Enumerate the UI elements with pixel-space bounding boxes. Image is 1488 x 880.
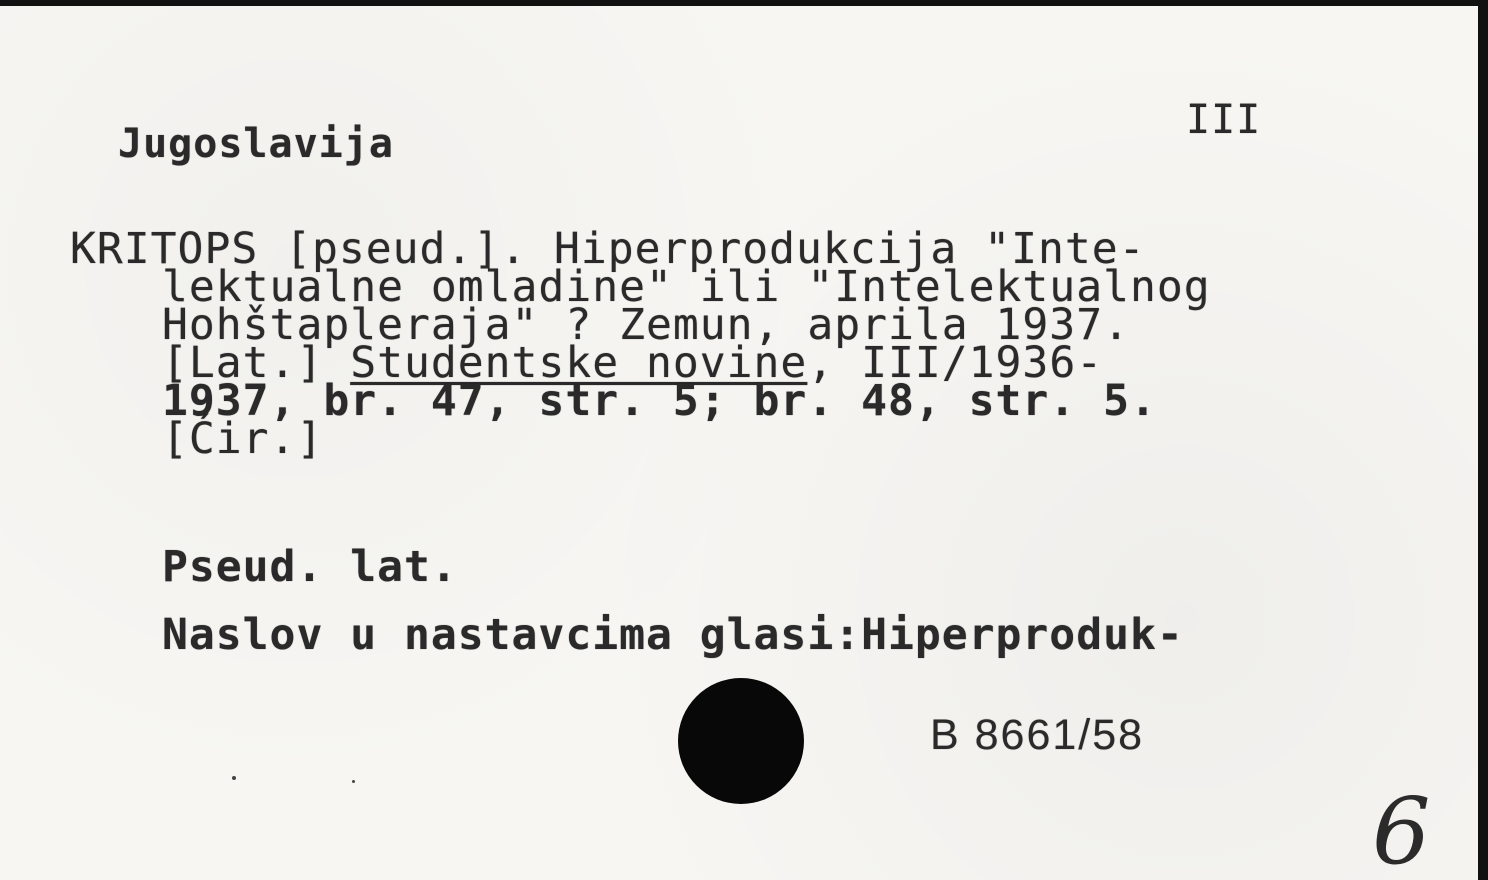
- card-heading: Jugoslavija: [118, 124, 394, 164]
- ink-speck: [232, 776, 236, 780]
- catalog-card: Jugoslavija III KRITOPS [pseud.]. Hiperp…: [0, 6, 1478, 880]
- note-title: Naslov u nastavcima glasi:Hiperproduk-: [162, 614, 1184, 657]
- entry-line-6: [Ćir.]: [162, 418, 323, 461]
- volume-number: III: [1186, 100, 1261, 140]
- handwritten-number: 6: [1372, 786, 1431, 878]
- call-number: B 8661/58: [930, 714, 1144, 757]
- note-pseudonym: Pseud. lat.: [162, 546, 458, 589]
- punch-hole: [678, 678, 804, 804]
- ink-speck: [352, 780, 355, 783]
